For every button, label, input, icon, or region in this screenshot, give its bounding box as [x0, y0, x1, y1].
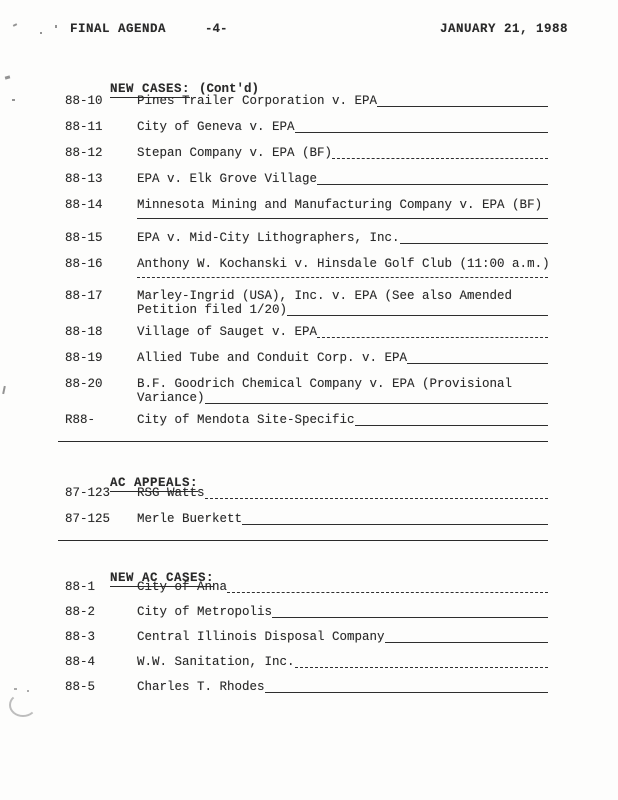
case-number: R88-	[65, 413, 137, 427]
case-title: RSG Watts	[137, 486, 205, 500]
fill-line	[137, 277, 548, 278]
fill-line	[355, 413, 548, 426]
agenda-content: NEW CASES:(Cont'd) 88-10 Pines Trailer C…	[65, 68, 548, 705]
case-title: B.F. Goodrich Chemical Company v. EPA (P…	[137, 377, 512, 391]
section-divider	[58, 441, 548, 442]
case-row: 88-3 Central Illinois Disposal Company	[65, 630, 548, 644]
case-number: 87-125	[65, 512, 137, 526]
case-row: 88-11 City of Geneva v. EPA	[65, 120, 548, 134]
fill-line	[272, 605, 548, 618]
page-number: -4-	[205, 22, 228, 36]
case-number: 88-13	[65, 172, 137, 186]
case-row: 88-19 Allied Tube and Conduit Corp. v. E…	[65, 351, 548, 365]
case-number: 88-3	[65, 630, 137, 644]
case-number: 88-15	[65, 231, 137, 245]
case-row: 88-16 Anthony W. Kochanski v. Hinsdale G…	[65, 257, 548, 271]
case-title: City of Anna	[137, 580, 227, 594]
case-title: Village of Sauget v. EPA	[137, 325, 317, 339]
case-title: City of Metropolis	[137, 605, 272, 619]
fill-line	[295, 655, 548, 668]
section-divider	[58, 540, 548, 541]
case-title: Central Illinois Disposal Company	[137, 630, 385, 644]
case-title: W.W. Sanitation, Inc.	[137, 655, 295, 669]
case-number: 88-18	[65, 325, 137, 339]
case-row: 87-123 RSG Watts	[65, 486, 548, 500]
document-title: FINAL AGENDA	[70, 22, 166, 36]
case-title: Merle Buerkett	[137, 512, 242, 526]
case-number: 88-1	[65, 580, 137, 594]
case-number: 88-17	[65, 289, 137, 317]
fill-line	[317, 172, 548, 185]
case-row: 88-17 Marley-Ingrid (USA), Inc. v. EPA (…	[65, 289, 548, 317]
section-heading-new-cases: NEW CASES:(Cont'd)	[65, 68, 548, 82]
fill-line	[265, 680, 548, 693]
case-number: 88-5	[65, 680, 137, 694]
case-number: 88-20	[65, 377, 137, 405]
section-heading-new-ac-cases: NEW AC CASES:	[65, 557, 548, 571]
case-row: R88- City of Mendota Site-Specific	[65, 413, 548, 427]
case-row: 88-18 Village of Sauget v. EPA	[65, 325, 548, 339]
fill-line	[385, 630, 548, 643]
scan-artifact	[14, 688, 17, 690]
case-row: 88-10 Pines Trailer Corporation v. EPA	[65, 94, 548, 108]
fill-line	[407, 351, 548, 364]
case-row: 88-12 Stepan Company v. EPA (BF)	[65, 146, 548, 160]
scan-artifact	[55, 25, 57, 28]
case-title: City of Geneva v. EPA	[137, 120, 295, 134]
scan-artifact	[40, 32, 42, 34]
case-row: 88-20 B.F. Goodrich Chemical Company v. …	[65, 377, 548, 405]
fill-line	[205, 391, 548, 404]
scan-artifact	[27, 690, 29, 692]
page-header: FINAL AGENDA -4- JANUARY 21, 1988	[0, 22, 618, 36]
case-title: EPA v. Elk Grove Village	[137, 172, 317, 186]
fill-line	[377, 94, 548, 107]
fill-line	[400, 231, 548, 244]
fill-line	[287, 303, 548, 316]
case-row: 88-5 Charles T. Rhodes	[65, 680, 548, 694]
case-title: Allied Tube and Conduit Corp. v. EPA	[137, 351, 407, 365]
case-title: Stepan Company v. EPA (BF)	[137, 146, 332, 160]
fill-line	[137, 218, 548, 219]
scan-artifact	[12, 99, 15, 101]
case-number: 88-16	[65, 257, 137, 271]
case-row: 88-14 Minnesota Mining and Manufacturing…	[65, 198, 548, 212]
case-number: 88-12	[65, 146, 137, 160]
case-row: 88-15 EPA v. Mid-City Lithographers, Inc…	[65, 231, 548, 245]
case-number: 88-2	[65, 605, 137, 619]
case-title: Minnesota Mining and Manufacturing Compa…	[137, 198, 542, 212]
case-title: City of Mendota Site-Specific	[137, 413, 355, 427]
fill-line	[205, 486, 548, 499]
case-number: 88-11	[65, 120, 137, 134]
case-title: Pines Trailer Corporation v. EPA	[137, 94, 377, 108]
case-row: 88-2 City of Metropolis	[65, 605, 548, 619]
document-date: JANUARY 21, 1988	[440, 22, 568, 36]
case-number: 87-123	[65, 486, 137, 500]
scan-smudge	[9, 693, 37, 717]
case-row: 88-1 City of Anna	[65, 580, 548, 594]
scan-artifact	[2, 386, 6, 394]
case-title: Anthony W. Kochanski v. Hinsdale Golf Cl…	[137, 257, 550, 271]
case-row: 88-4 W.W. Sanitation, Inc.	[65, 655, 548, 669]
fill-line	[227, 580, 548, 593]
case-number: 88-19	[65, 351, 137, 365]
case-number: 88-10	[65, 94, 137, 108]
fill-line	[317, 325, 548, 338]
case-title: Marley-Ingrid (USA), Inc. v. EPA (See al…	[137, 289, 512, 303]
scan-artifact	[5, 75, 11, 79]
case-title: EPA v. Mid-City Lithographers, Inc.	[137, 231, 400, 245]
case-number: 88-4	[65, 655, 137, 669]
scanned-agenda-page: FINAL AGENDA -4- JANUARY 21, 1988 NEW CA…	[0, 0, 618, 800]
case-row: 88-13 EPA v. Elk Grove Village	[65, 172, 548, 186]
section-heading-ac-appeals: AC APPEALS:	[65, 462, 548, 476]
fill-line	[242, 512, 548, 525]
fill-line	[332, 146, 548, 159]
case-number: 88-14	[65, 198, 137, 212]
case-title: Charles T. Rhodes	[137, 680, 265, 694]
case-title-continued: Variance)	[137, 391, 205, 405]
case-title-continued: Petition filed 1/20)	[137, 303, 287, 317]
fill-line	[295, 120, 548, 133]
case-row: 87-125 Merle Buerkett	[65, 512, 548, 526]
